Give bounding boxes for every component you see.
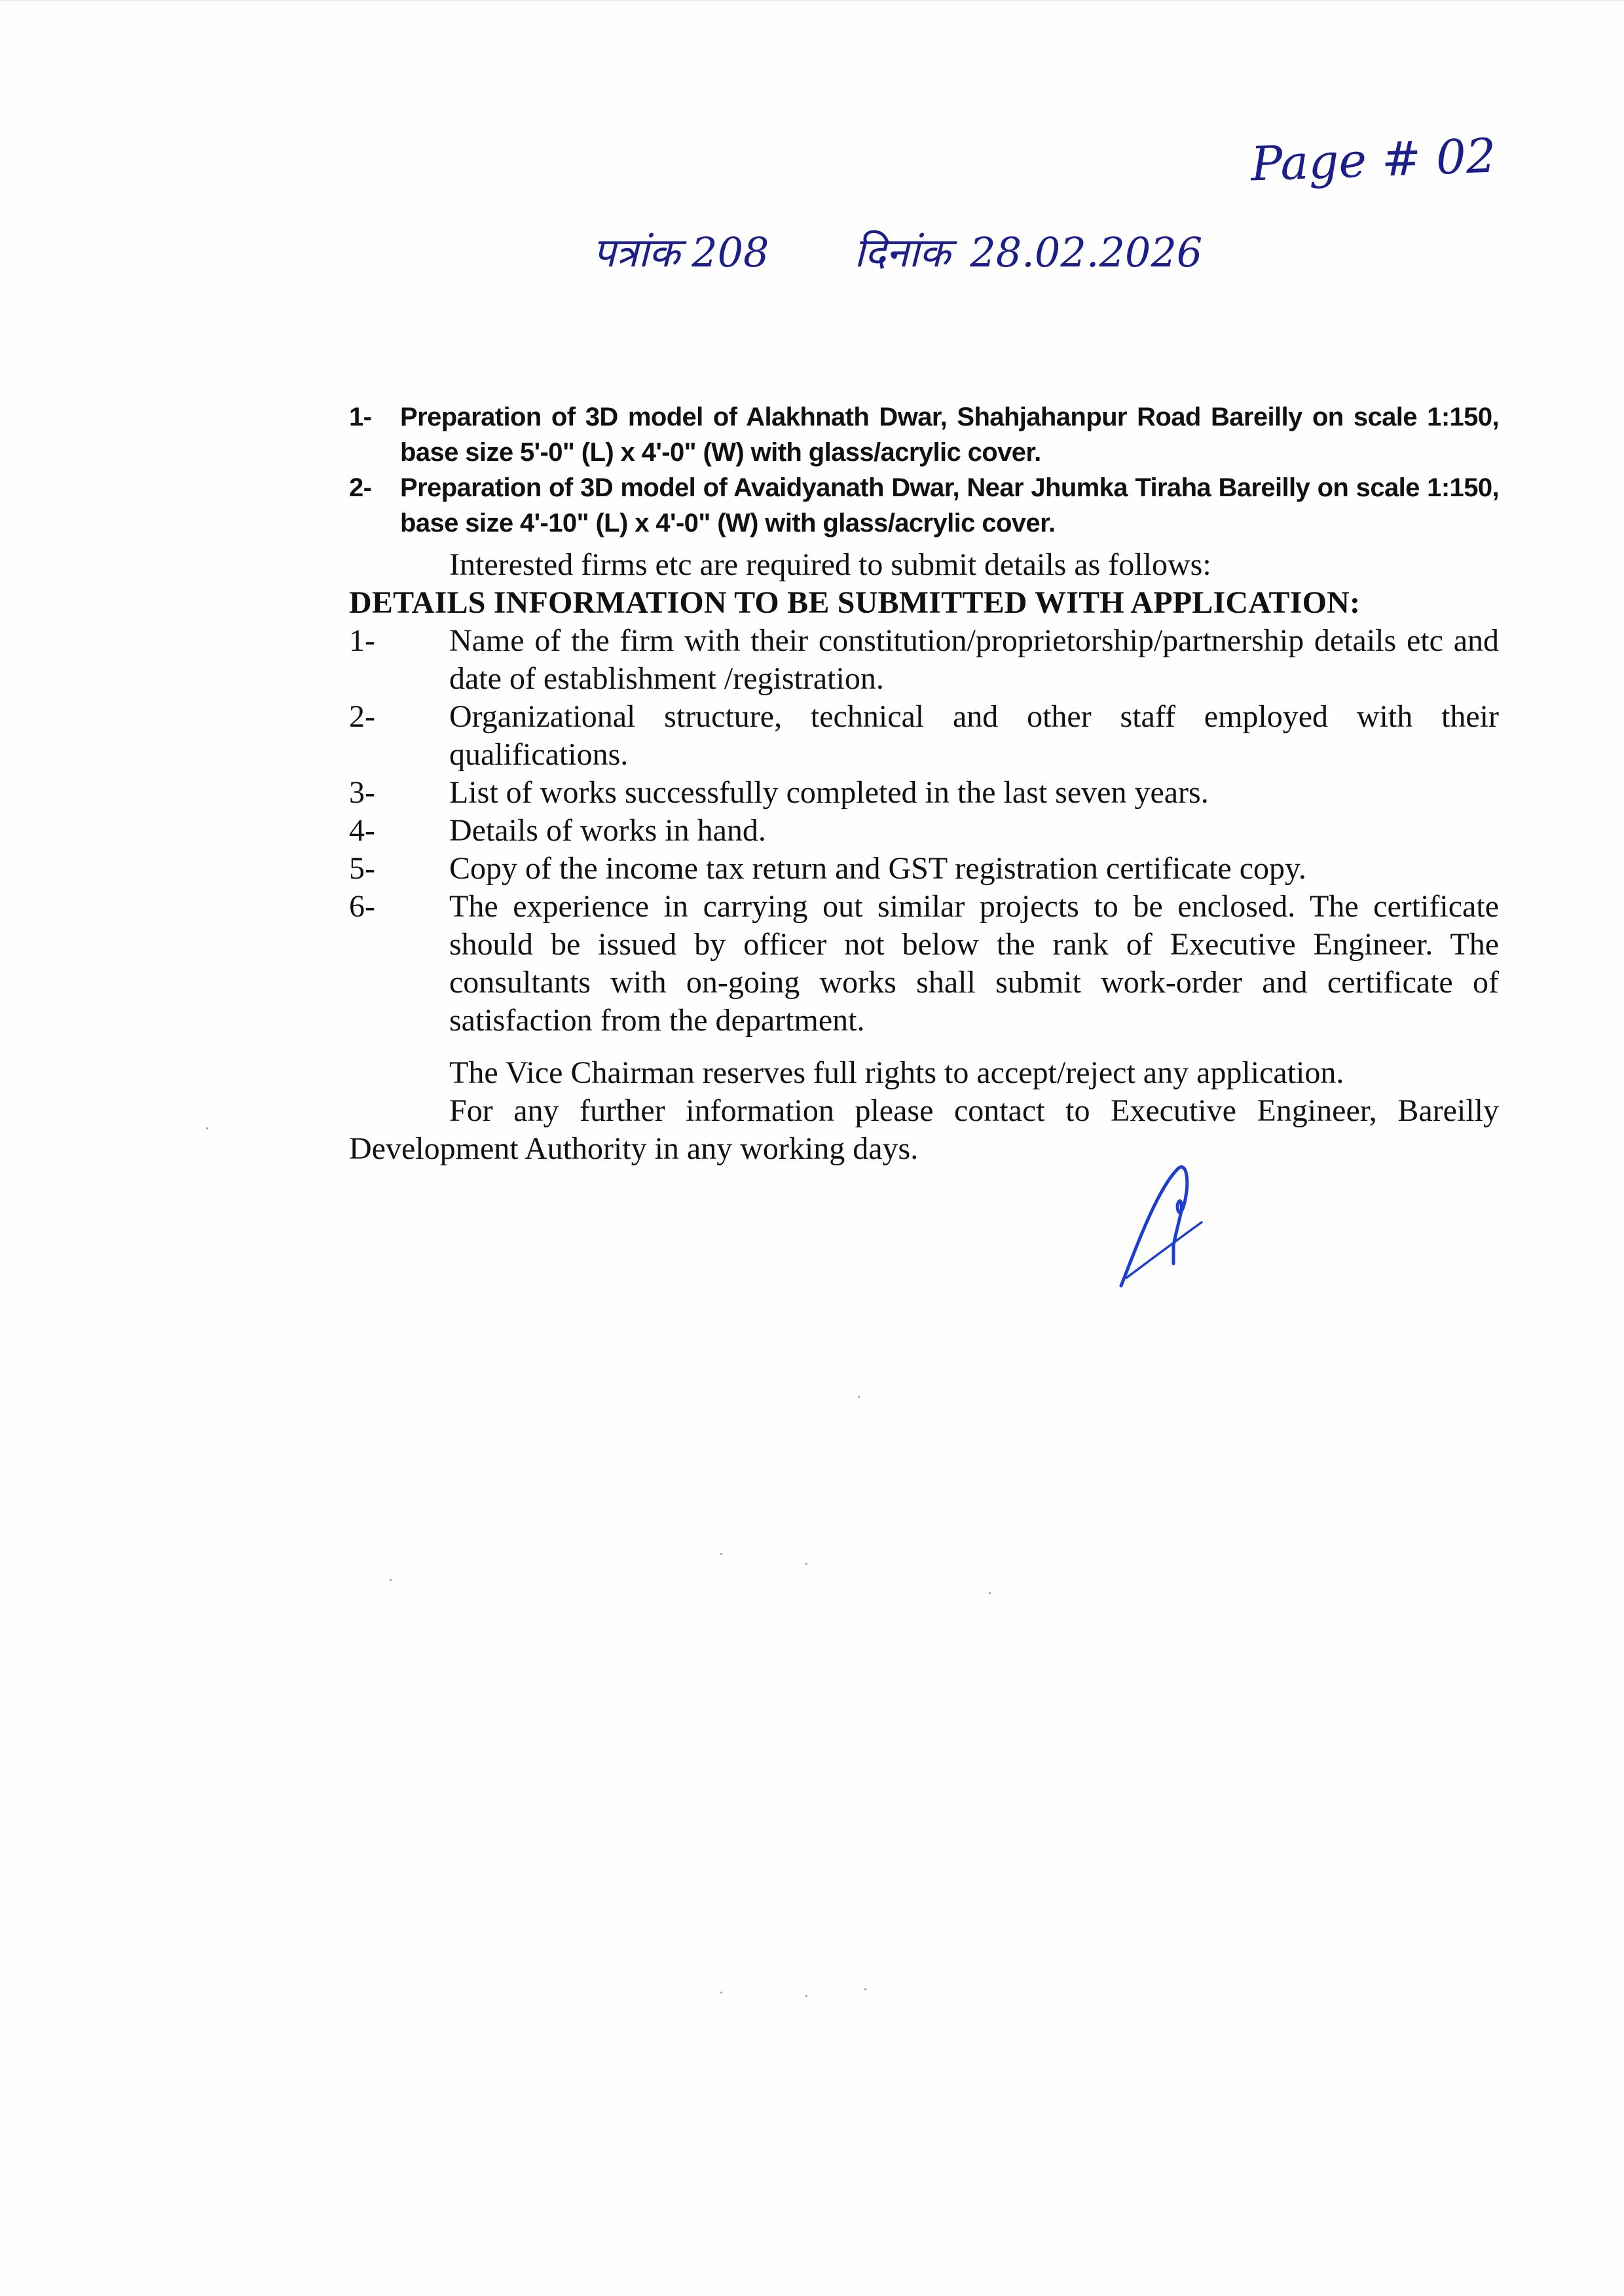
- scan-speck: [720, 1553, 722, 1555]
- scan-speck: [805, 1563, 807, 1565]
- detail-number: 1-: [349, 622, 449, 698]
- work-item: 2- Preparation of 3D model of Avaidyanat…: [349, 470, 1499, 541]
- handwritten-page-number: Page # 02: [1250, 128, 1497, 191]
- scan-speck: [989, 1592, 991, 1594]
- scan-speck: [864, 1988, 866, 1990]
- detail-text: The experience in carrying out similar p…: [449, 888, 1499, 1040]
- detail-item: 3- List of works successfully completed …: [349, 774, 1499, 812]
- scan-speck: [805, 1995, 807, 1997]
- reserve-rights-paragraph: The Vice Chairman reserves full rights t…: [349, 1054, 1499, 1092]
- dinank-value: 28.02.2026: [970, 228, 1202, 276]
- detail-number: 4-: [349, 812, 449, 850]
- detail-text: Name of the firm with their constitution…: [449, 622, 1499, 698]
- detail-number: 2-: [349, 698, 449, 774]
- scan-speck: [720, 1992, 722, 1994]
- detail-text: List of works successfully completed in …: [449, 774, 1499, 812]
- patrank-label: पत्रांक: [593, 228, 680, 276]
- contact-line-1: For any further information please conta…: [349, 1092, 1499, 1130]
- dinank-group: दिनांक28.02.2026: [854, 228, 1202, 276]
- scan-speck: [858, 1396, 860, 1398]
- section-heading: DETAILS INFORMATION TO BE SUBMITTED WITH…: [349, 584, 1499, 622]
- scan-speck: [390, 1579, 392, 1581]
- works-list: 1- Preparation of 3D model of Alakhnath …: [349, 399, 1499, 541]
- detail-number: 5-: [349, 850, 449, 888]
- work-number: 2-: [349, 470, 400, 541]
- detail-item: 6- The experience in carrying out simila…: [349, 888, 1499, 1040]
- contact-text-1: For any further information please conta…: [449, 1093, 1499, 1128]
- detail-text: Details of works in hand.: [449, 812, 1499, 850]
- patrank-value: 208: [692, 228, 769, 276]
- document-body: Interested firms etc are required to sub…: [349, 546, 1499, 1168]
- detail-item: 4- Details of works in hand.: [349, 812, 1499, 850]
- dinank-label: दिनांक: [854, 228, 950, 276]
- detail-item: 5- Copy of the income tax return and GST…: [349, 850, 1499, 888]
- work-item: 1- Preparation of 3D model of Alakhnath …: [349, 399, 1499, 470]
- detail-item: 2- Organizational structure, technical a…: [349, 698, 1499, 774]
- signature-mark: [1113, 1160, 1218, 1298]
- detail-item: 1- Name of the firm with their constitut…: [349, 622, 1499, 698]
- intro-paragraph: Interested firms etc are required to sub…: [349, 546, 1499, 584]
- patrank-group: पत्रांक208: [593, 228, 769, 276]
- handwritten-reference-line: पत्रांक208 दिनांक28.02.2026: [593, 224, 1274, 279]
- work-description: Preparation of 3D model of Avaidyanath D…: [400, 470, 1499, 541]
- work-description: Preparation of 3D model of Alakhnath Dwa…: [400, 399, 1499, 470]
- contact-line-2: Development Authority in any working day…: [349, 1130, 1499, 1168]
- scan-speck: [206, 1127, 208, 1129]
- detail-number: 6-: [349, 888, 449, 1040]
- detail-number: 3-: [349, 774, 449, 812]
- detail-text: Copy of the income tax return and GST re…: [449, 850, 1499, 888]
- work-number: 1-: [349, 399, 400, 470]
- document-page: Page # 02 पत्रांक208 दिनांक28.02.2026 1-…: [0, 0, 1624, 2296]
- spacer: [349, 1040, 1499, 1054]
- detail-text: Organizational structure, technical and …: [449, 698, 1499, 774]
